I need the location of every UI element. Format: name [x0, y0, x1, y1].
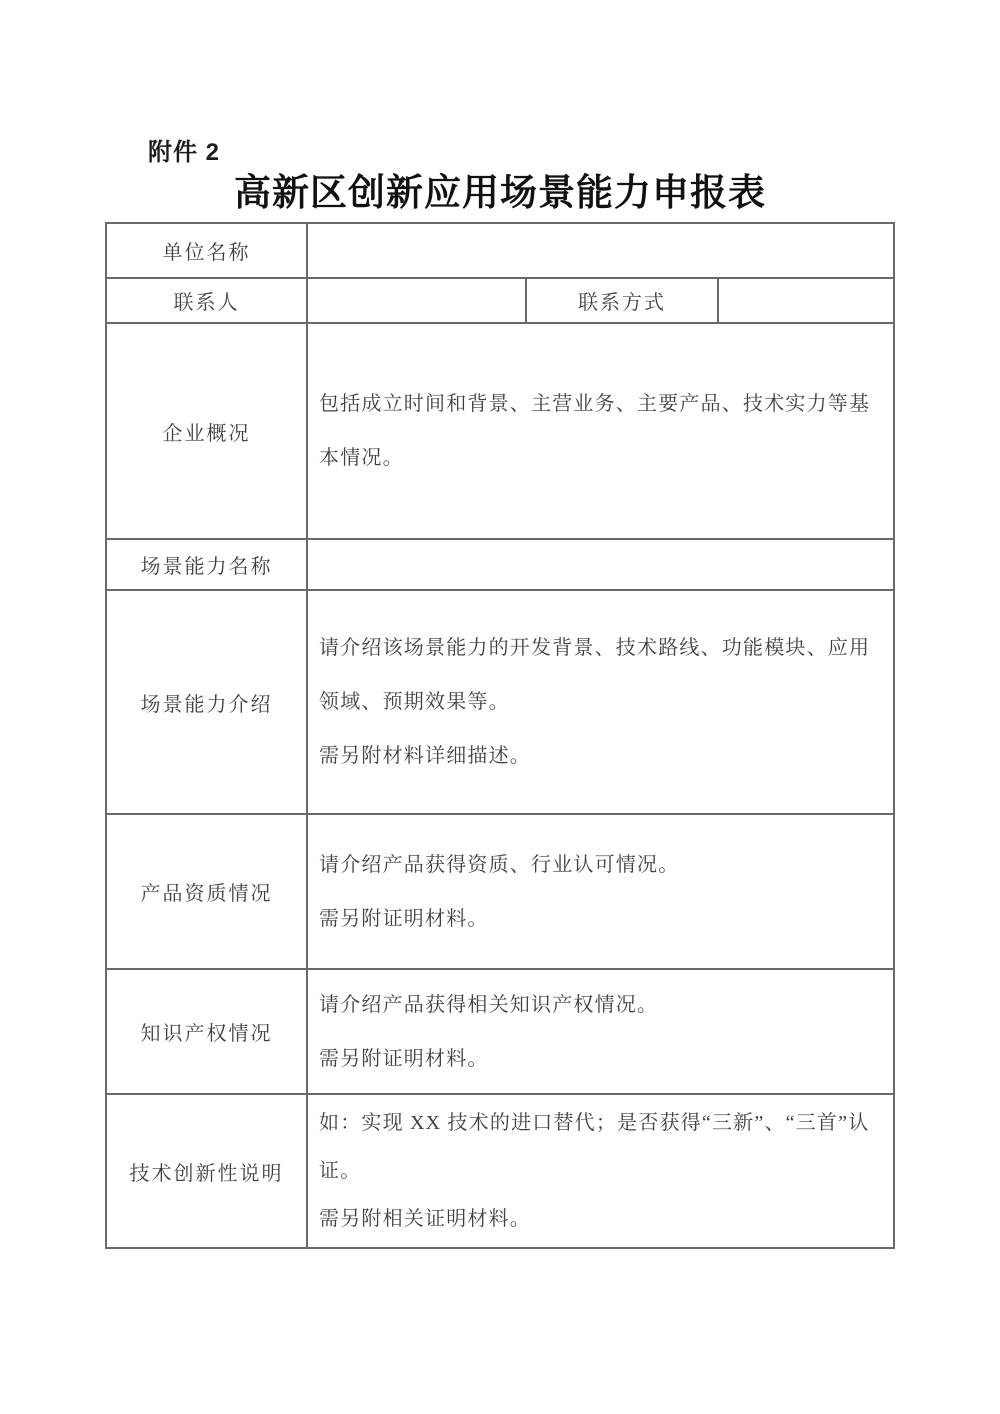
- scenario-name-value-cell: [307, 539, 894, 590]
- product-qualification-label: 产品资质情况: [106, 814, 307, 969]
- application-form-table: 单位名称 联系人 联系方式 企业概况 包括成立时间和背景、主营业务、主要产品、技…: [105, 222, 895, 1249]
- table-row-unit-name: 单位名称: [106, 223, 894, 278]
- company-overview-paragraph: 包括成立时间和背景、主营业务、主要产品、技术实力等基本情况。: [319, 377, 882, 485]
- table-row-intellectual-property: 知识产权情况 请介绍产品获得相关知识产权情况。 需另附证明材料。: [106, 969, 894, 1094]
- contact-person-value-cell: [307, 278, 526, 323]
- scenario-intro-content-cell: 请介绍该场景能力的开发背景、技术路线、功能模块、应用领域、预期效果等。 需另附材…: [307, 590, 894, 814]
- scenario-intro-paragraph-1: 请介绍该场景能力的开发背景、技术路线、功能模块、应用领域、预期效果等。: [319, 621, 882, 729]
- scenario-intro-label: 场景能力介绍: [106, 590, 307, 814]
- contact-person-label: 联系人: [106, 278, 307, 323]
- product-qualification-paragraph-1: 请介绍产品获得资质、行业认可情况。: [319, 838, 882, 892]
- company-overview-content-cell: 包括成立时间和背景、主营业务、主要产品、技术实力等基本情况。: [307, 323, 894, 539]
- intellectual-property-paragraph-2: 需另附证明材料。: [319, 1032, 882, 1086]
- table-row-scenario-intro: 场景能力介绍 请介绍该场景能力的开发背景、技术路线、功能模块、应用领域、预期效果…: [106, 590, 894, 814]
- table-row-tech-innovation: 技术创新性说明 如：实现 XX 技术的进口替代；是否获得“三新”、“三首”认证。…: [106, 1094, 894, 1248]
- intellectual-property-content-cell: 请介绍产品获得相关知识产权情况。 需另附证明材料。: [307, 969, 894, 1094]
- document-page: 附件 2 高新区创新应用场景能力申报表 单位名称 联系人 联系方式 企业概况: [0, 0, 1000, 1414]
- contact-method-value-cell: [718, 278, 894, 323]
- unit-name-value-cell: [307, 223, 894, 278]
- table-row-contact: 联系人 联系方式: [106, 278, 894, 323]
- attachment-label: 附件 2: [148, 132, 220, 167]
- intellectual-property-label: 知识产权情况: [106, 969, 307, 1094]
- unit-name-label: 单位名称: [106, 223, 307, 278]
- table-row-product-qualification: 产品资质情况 请介绍产品获得资质、行业认可情况。 需另附证明材料。: [106, 814, 894, 969]
- product-qualification-paragraph-2: 需另附证明材料。: [319, 892, 882, 946]
- page-title: 高新区创新应用场景能力申报表: [0, 172, 1000, 214]
- intellectual-property-paragraph-1: 请介绍产品获得相关知识产权情况。: [319, 978, 882, 1032]
- tech-innovation-paragraph-2: 需另附相关证明材料。: [319, 1195, 882, 1243]
- scenario-intro-paragraph-2: 需另附材料详细描述。: [319, 729, 882, 783]
- table-row-company-overview: 企业概况 包括成立时间和背景、主营业务、主要产品、技术实力等基本情况。: [106, 323, 894, 539]
- tech-innovation-content-cell: 如：实现 XX 技术的进口替代；是否获得“三新”、“三首”认证。 需另附相关证明…: [307, 1094, 894, 1248]
- contact-method-label: 联系方式: [526, 278, 718, 323]
- tech-innovation-paragraph-1: 如：实现 XX 技术的进口替代；是否获得“三新”、“三首”认证。: [319, 1099, 882, 1195]
- table-row-scenario-name: 场景能力名称: [106, 539, 894, 590]
- company-overview-label: 企业概况: [106, 323, 307, 539]
- product-qualification-content-cell: 请介绍产品获得资质、行业认可情况。 需另附证明材料。: [307, 814, 894, 969]
- tech-innovation-label: 技术创新性说明: [106, 1094, 307, 1248]
- scenario-name-label: 场景能力名称: [106, 539, 307, 590]
